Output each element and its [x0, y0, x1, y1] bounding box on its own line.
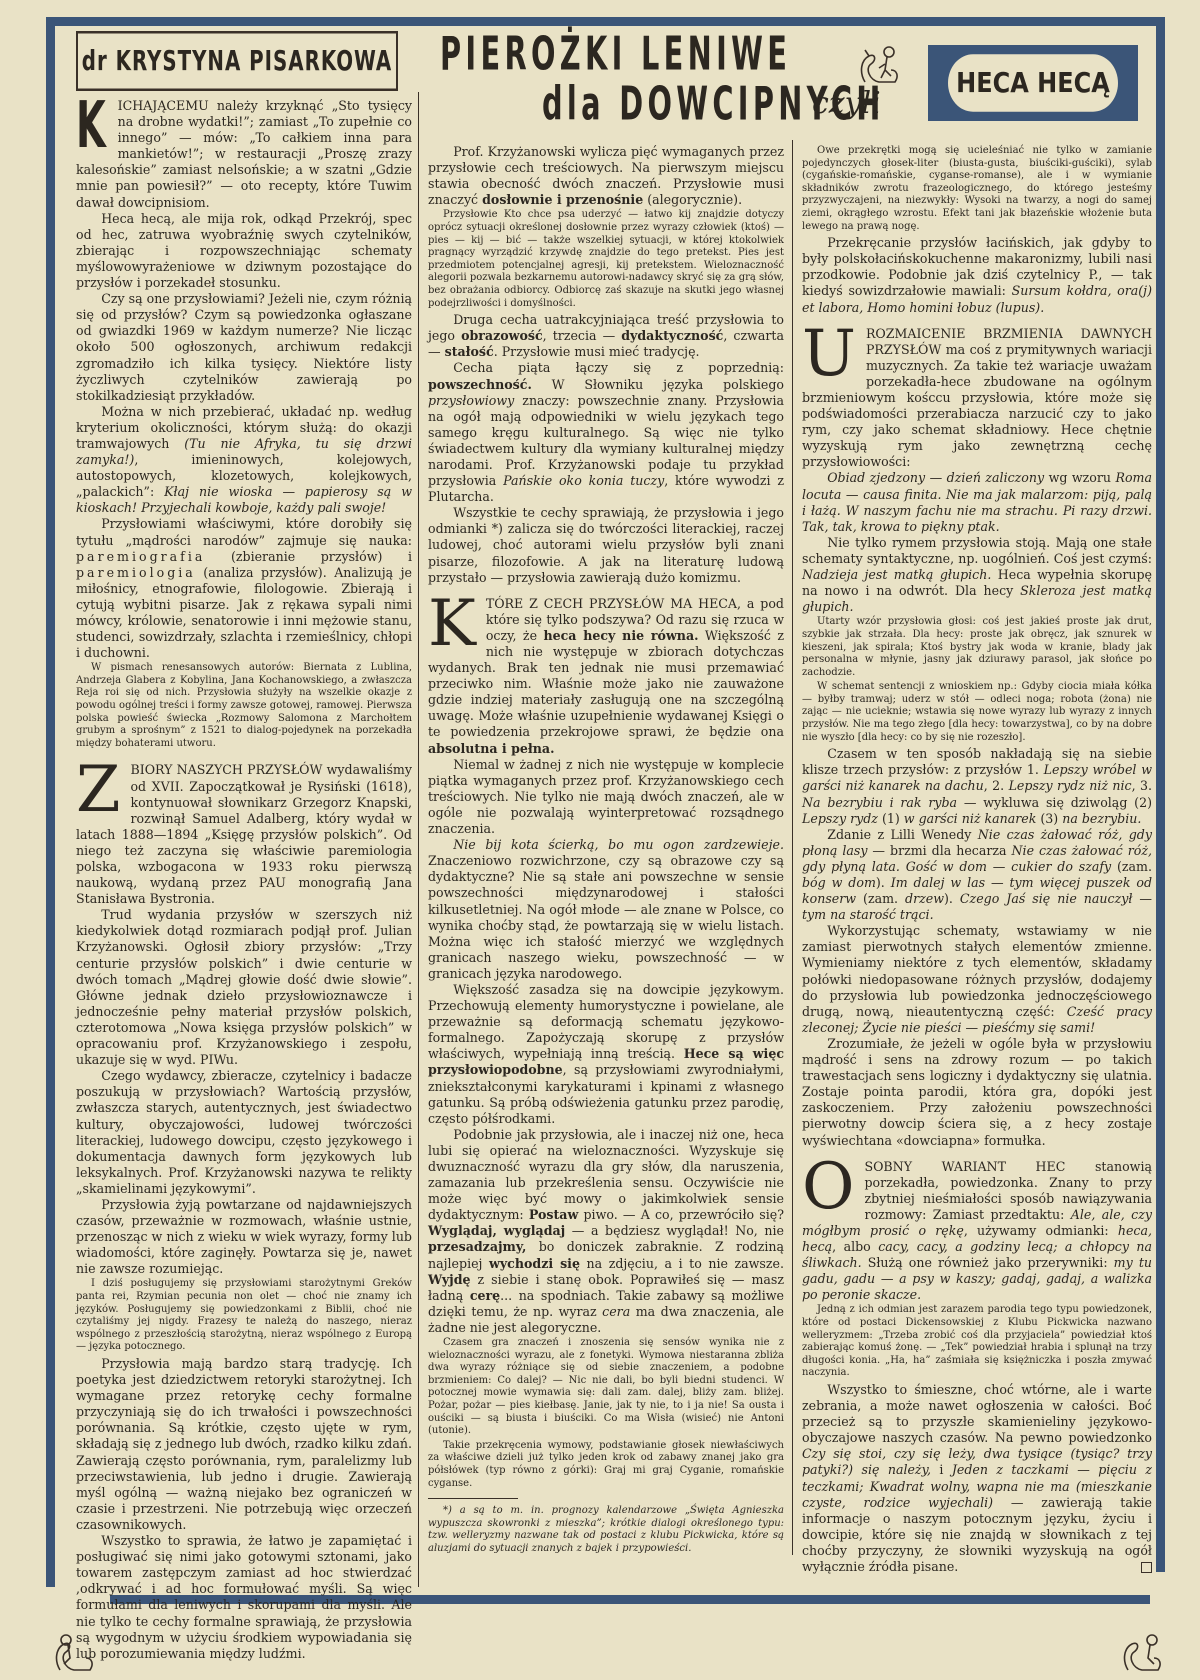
paragraph: Czego wydawcy, zbieracze, czytelnicy i b… [76, 1068, 412, 1197]
end-of-article-mark [1141, 1562, 1152, 1573]
paragraph: Druga cecha uatrakcyjniająca treść przys… [428, 312, 784, 360]
article-column-2: Prof. Krzyżanowski wylicza pięć wymagany… [428, 144, 784, 1558]
paragraph: Przysłowia żyją powtarzane od najdawniej… [76, 1197, 412, 1277]
small-print-note: I dziś posługujemy się przysłowiami star… [76, 1278, 412, 1354]
small-print-note: Owe przekrętki mogą się ucieleśniać nie … [802, 145, 1152, 233]
paragraph: Wykorzystując schematy, wstawiamy w nie … [802, 923, 1152, 1036]
paragraph: Większość zasadza się na dowcipie języko… [428, 982, 784, 1127]
author-byline: dr KRYSTYNA PISARKOWA [76, 31, 398, 91]
paragraph: Czy są one przysłowiami? Jeżeli nie, czy… [76, 291, 412, 404]
small-print-note: Takie przekręcenia wymowy, podstawianie … [428, 1440, 784, 1490]
small-print-note: W schemat sentencji z wnioskiem np.: Gdy… [802, 681, 1152, 744]
article-column-3: Owe przekrętki mogą się ucieleśniać nie … [802, 144, 1152, 1575]
paragraph: KTÓRE Z CECH PRZYSŁÓW MA HECA, a pod któ… [428, 596, 784, 757]
paragraph: Przekręcanie przysłów łacińskich, jak gd… [802, 235, 1152, 315]
footnote: *) a są to m. in. prognozy kalendarzowe … [428, 1505, 784, 1555]
column-divider [418, 92, 419, 1587]
article-column-1: KICHAJĄCEMU należy krzyknąć „Sto tysięcy… [76, 98, 412, 1662]
small-print-note: Utarty wzór przysłowia głosi: coś jest j… [802, 616, 1152, 679]
frame-border-left [46, 17, 55, 1587]
drop-cap: U [802, 328, 856, 380]
paragraph: Podobnie jak przysłowia, ale i inaczej n… [428, 1127, 784, 1336]
paragraph: Obiad zjedzony — dzień zaliczony wg wzor… [802, 470, 1152, 534]
paragraph: Wszystkie te cechy sprawiają, że przysło… [428, 505, 784, 585]
drop-cap: Z [76, 764, 120, 816]
series-badge-label: HECA HECĄ [948, 54, 1118, 112]
frame-border-top [50, 17, 1165, 26]
paragraph: Wszystko to śmieszne, choć wtórne, ale i… [802, 1382, 1152, 1575]
paragraph: Wszystko to sprawia, że łatwo je zapamię… [76, 1533, 412, 1662]
paragraph: Trud wydania przysłów w szerszych niż ki… [76, 907, 412, 1068]
paragraph: Nie bij kota ścierką, bo mu ogon zardzew… [428, 837, 784, 982]
paragraph: Nie tylko rymem przysłowia stoją. Mają o… [802, 535, 1152, 615]
series-badge: HECA HECĄ [928, 45, 1138, 121]
article-title-line1: PIEROŻKI LENIWE [440, 28, 791, 81]
paragraph: Można w nich przebierać, układać np. wed… [76, 404, 412, 517]
small-print-note: W pismach renesansowych autorów: Biernat… [76, 662, 412, 750]
drop-cap: O [802, 1161, 854, 1213]
small-print-note: Przysłowie Kto chce psa uderzyć — łatwo … [428, 209, 784, 310]
swan-rider-icon [855, 42, 905, 90]
paragraph: OSOBNY WARIANT HEC stanowią porzekadła, … [802, 1159, 1152, 1304]
paragraph: Zdanie z Lilli Wenedy Nie czas żałować r… [802, 827, 1152, 924]
paragraph: BIORY NASZYCH PRZYSŁÓW wydawaliśmy od XV… [76, 762, 412, 906]
frame-border-right [1156, 17, 1165, 1572]
paragraph: Prof. Krzyżanowski wylicza pięć wymagany… [428, 144, 784, 208]
small-print-note: Jedną z ich odmian jest zarazem parodia … [802, 1304, 1152, 1380]
paragraph: ICHAJĄCEMU należy krzyknąć „Sto tysięcy … [76, 98, 412, 210]
paragraph: Przysłowia mają bardzo starą tradycję. I… [76, 1356, 412, 1533]
footnote-rule [428, 1498, 518, 1499]
paragraph: UROZMAICENIE BRZMIENIA DAWNYCH PRZYSŁÓW … [802, 326, 1152, 471]
paragraph: Heca hecą, ale mija rok, odkąd Przekrój,… [76, 211, 412, 291]
column-divider [792, 140, 793, 1555]
drop-cap: K [76, 100, 106, 152]
title-connector: czyli [812, 86, 881, 121]
small-print-note: Czasem gra znaczeń i znoszenia się sensó… [428, 1337, 784, 1438]
paragraph: Czasem w ten sposób nakładają się na sie… [802, 746, 1152, 826]
swan-rider-icon [1118, 1628, 1168, 1680]
paragraph: Cecha piąta łączy się z poprzednią: pows… [428, 360, 784, 505]
drop-cap: K [428, 598, 476, 650]
paragraph: Przysłowiami właściwymi, które dorobiły … [76, 516, 412, 661]
paragraph: Zrozumiałe, że jeżeli w ogóle była w prz… [802, 1036, 1152, 1149]
paragraph: Niemal w żadnej z nich nie występuje w k… [428, 757, 784, 837]
